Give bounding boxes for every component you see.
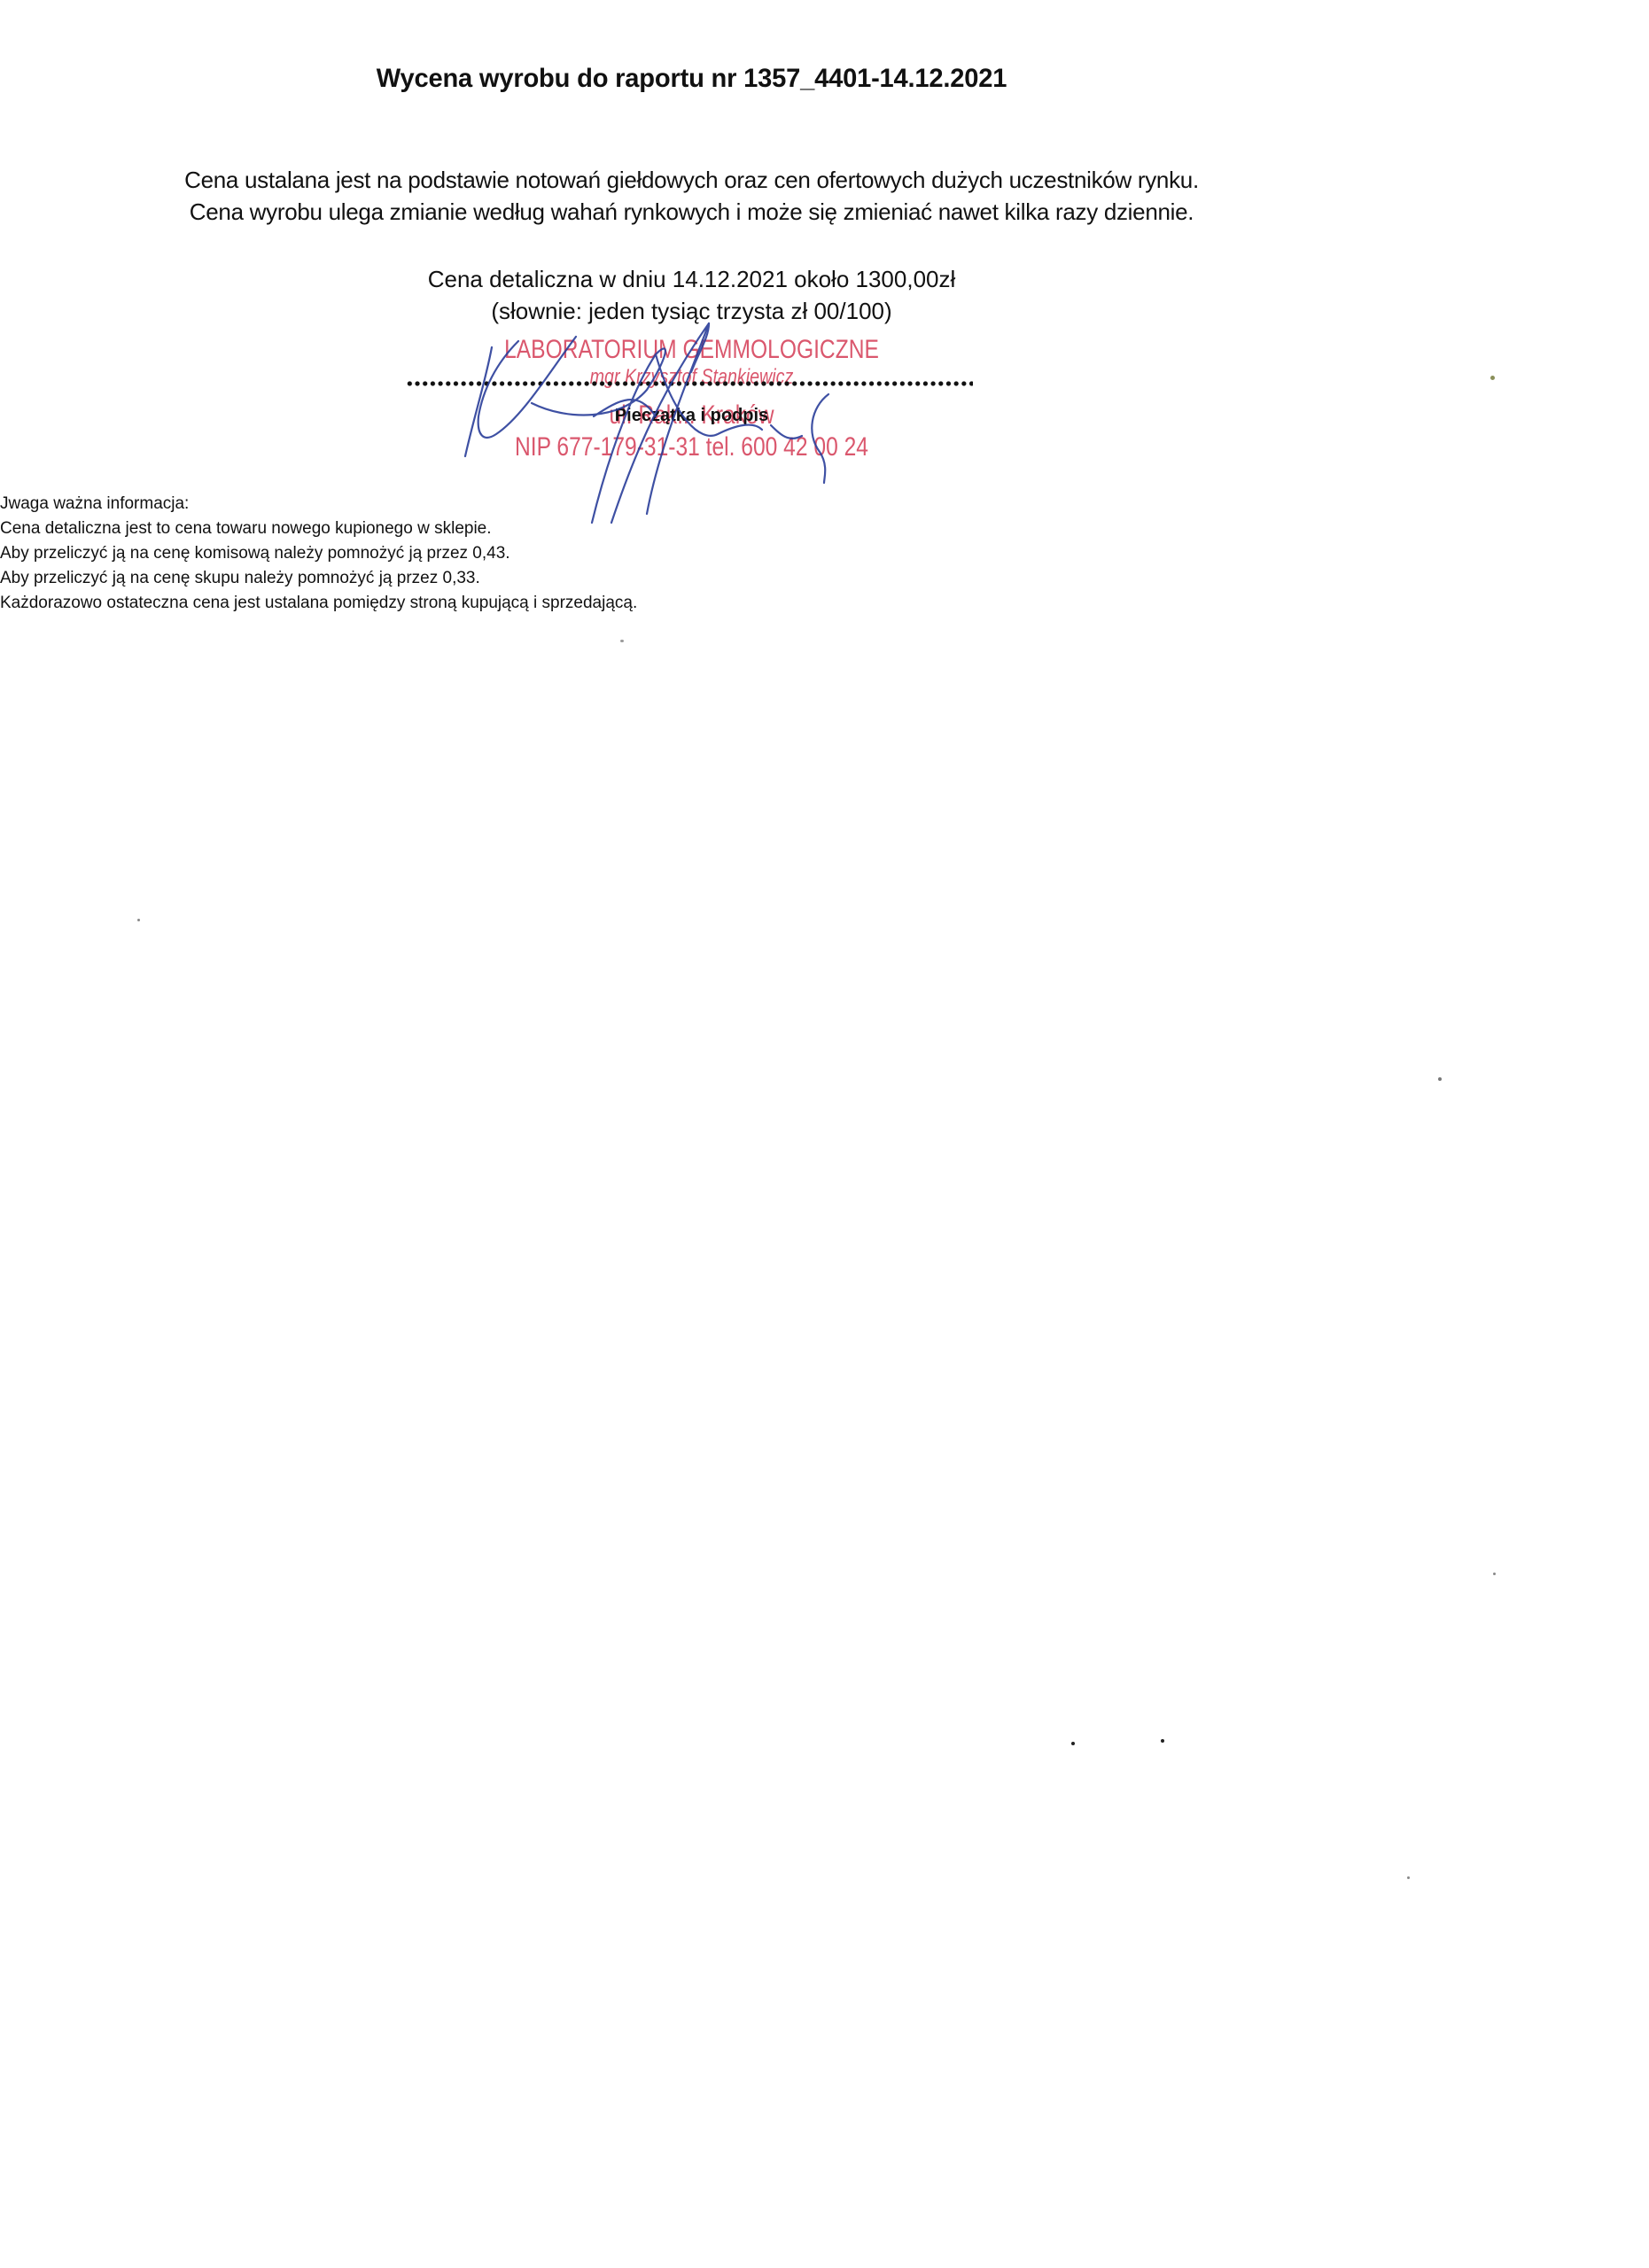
note-line: Cena detaliczna jest to cena towaru nowe… xyxy=(0,519,492,539)
signature-caption: Pieczątka i podpis xyxy=(0,406,1383,426)
stamp-contact: NIP 677-179-31-31 tel. 600 42 00 24 xyxy=(124,432,1258,462)
scan-speck xyxy=(1438,1077,1442,1081)
scan-speck xyxy=(1071,1742,1075,1745)
intro-line-1: Cena ustalana jest na podstawie notowań … xyxy=(0,167,1383,194)
scan-speck xyxy=(620,640,624,642)
note-line: Aby przeliczyć ją na cenę skupu należy p… xyxy=(0,569,480,588)
stamp-company-name: LABORATORIUM GEMMOLOGICZNE xyxy=(124,335,1258,365)
signature-dotted-line xyxy=(406,379,973,388)
price-in-words: (słownie: jeden tysiąc trzysta zł 00/100… xyxy=(0,298,1383,325)
document-title: Wycena wyrobu do raportu nr 1357_4401-14… xyxy=(20,64,1362,94)
note-line: Aby przeliczyć ją na cenę komisową należ… xyxy=(0,544,510,563)
scan-speck xyxy=(1161,1739,1164,1743)
intro-line-2: Cena wyrobu ulega zmianie według wahań r… xyxy=(0,198,1383,226)
scan-speck xyxy=(1490,376,1495,380)
retail-price-line: Cena detaliczna w dniu 14.12.2021 około … xyxy=(0,266,1383,293)
note-heading: Jwaga ważna informacja: xyxy=(0,494,189,514)
note-line: Każdorazowo ostateczna cena jest ustalan… xyxy=(0,594,637,613)
scan-speck xyxy=(1493,1573,1496,1575)
scan-speck xyxy=(137,919,140,921)
scan-speck xyxy=(1407,1876,1410,1879)
